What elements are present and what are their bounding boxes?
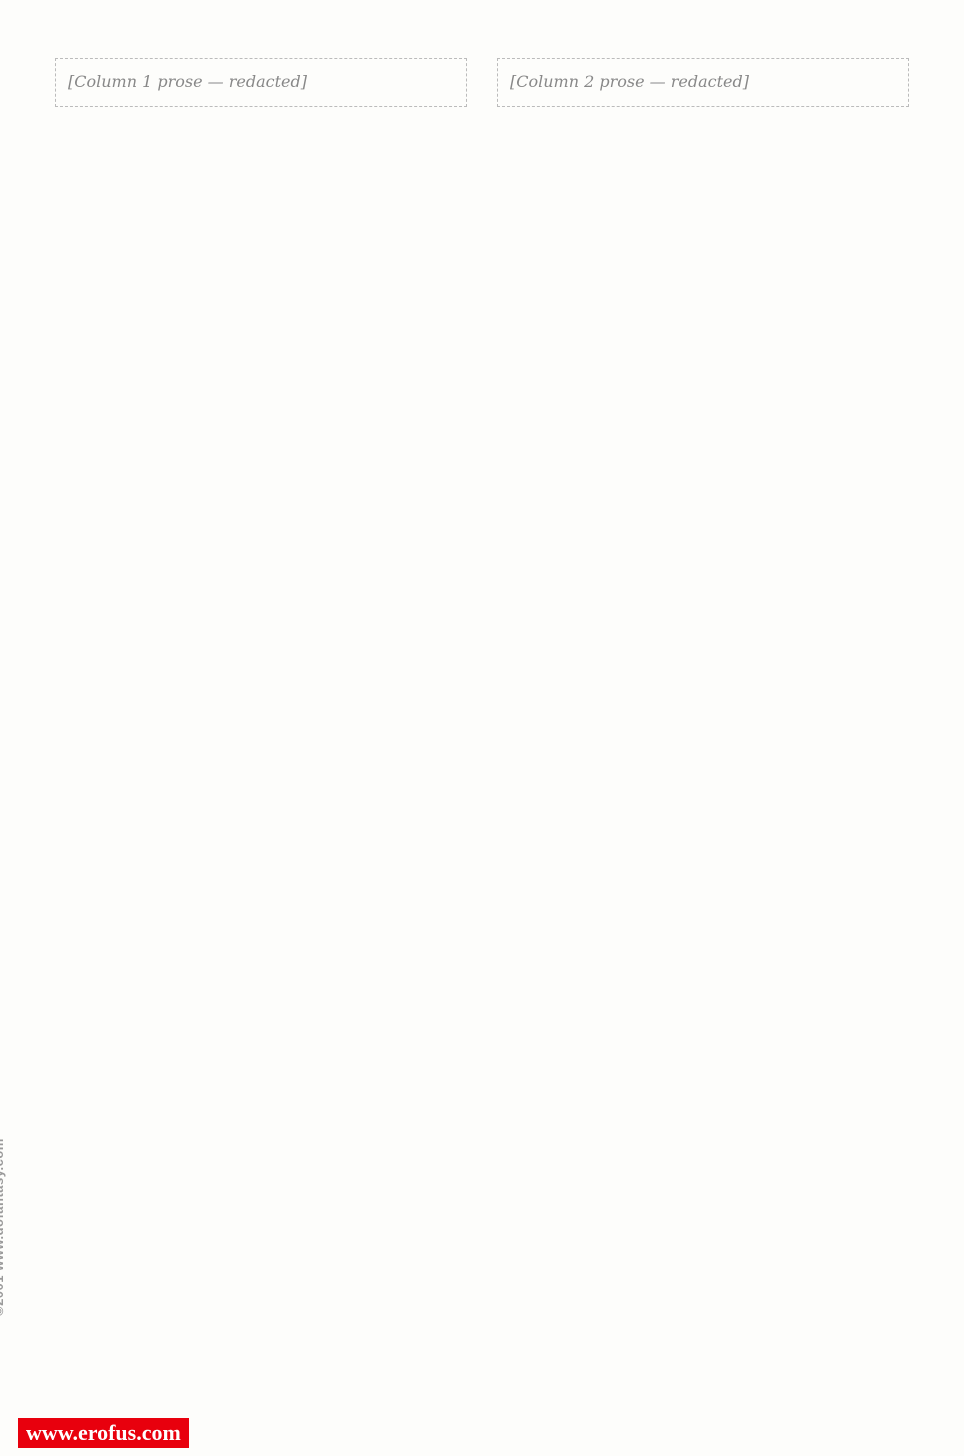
footer-site-url: www.erofus.com	[18, 1418, 189, 1448]
text-column-left: [Column 1 prose — redacted]	[55, 50, 467, 1336]
text-columns: [Column 1 prose — redacted] [Column 2 pr…	[55, 50, 909, 1336]
redacted-text-left: [Column 1 prose — redacted]	[55, 58, 467, 107]
document-page: [Column 1 prose — redacted] [Column 2 pr…	[0, 0, 964, 1456]
copyright-watermark: ©2001 www.dofantasy.com	[0, 1138, 6, 1316]
redacted-text-right: [Column 2 prose — redacted]	[497, 58, 909, 107]
text-column-right: [Column 2 prose — redacted]	[497, 50, 909, 1336]
